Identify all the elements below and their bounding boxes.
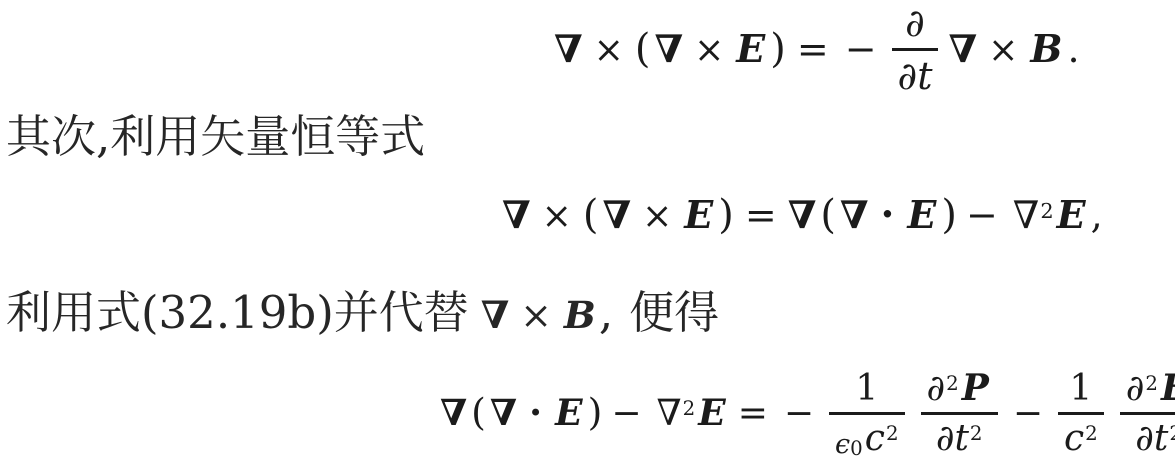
token-nab: ∇ <box>481 293 509 337</box>
fraction: 1ϵ0c2 <box>829 368 904 459</box>
token-vec: E <box>698 392 725 434</box>
token-eps: ϵ <box>835 429 850 460</box>
token-vec: E <box>1161 367 1175 409</box>
token-op: × <box>988 29 1018 71</box>
token-vec: E <box>736 26 765 71</box>
token-par: ( <box>583 192 599 238</box>
token-pd: ∂ <box>927 368 946 409</box>
document-page: ∇×(∇×E)=−∂∂t∇×B. 其次,利用矢量恒等式 ∇×(∇×E)=∇(∇·… <box>0 0 1175 465</box>
token-nab: ∇ <box>654 26 683 71</box>
token-vec: B <box>1030 26 1062 71</box>
token-nab: ∇ <box>554 26 583 71</box>
token-op: × <box>594 29 624 71</box>
token-par: ) <box>770 26 786 72</box>
fraction-denominator: ∂t2 <box>921 415 998 459</box>
fraction-denominator: ϵ0c2 <box>829 415 904 459</box>
token-dot: · <box>529 390 542 434</box>
token-rel: = <box>738 393 768 434</box>
display-equation-vector-identity: ∇×(∇×E)=∇(∇·E)−∇2E, <box>500 192 1103 238</box>
token-pd: ∂ <box>898 54 918 98</box>
token-minus: − <box>845 27 877 71</box>
fraction-numerator: 1 <box>1058 368 1104 415</box>
token-op: × <box>520 293 552 337</box>
token-vec: P <box>962 367 989 409</box>
token-num1: 1 <box>855 368 878 409</box>
fraction-numerator: 1 <box>829 368 904 415</box>
token-nab: ∇ <box>502 192 531 237</box>
token-nab: ∇ <box>788 192 817 237</box>
token-rel: = <box>797 27 829 71</box>
token-lap: ∇ <box>1013 193 1040 237</box>
fraction-numerator: ∂2E <box>1120 367 1175 415</box>
token-end: . <box>1067 27 1079 71</box>
token-par: ) <box>941 192 957 238</box>
token-vec: E <box>684 192 713 237</box>
display-equation-wave-equation-with-polarization: ∇(∇·E)−∇2E=−1ϵ0c2∂2P∂t2−1c2∂2E∂t2. <box>438 370 1175 462</box>
token-it: c <box>865 418 885 459</box>
token-minus: − <box>784 393 814 434</box>
token-par: ( <box>820 192 836 238</box>
token-num1: 1 <box>1069 368 1092 409</box>
token-minus: − <box>966 193 998 237</box>
token-pd: ∂ <box>905 1 925 45</box>
token-rel: = <box>745 193 777 237</box>
fraction: ∂2E∂t2 <box>1120 367 1175 459</box>
fraction-numerator: ∂2P <box>921 367 998 415</box>
token-sup: 2 <box>970 422 983 445</box>
fraction-denominator: ∂t <box>892 51 939 98</box>
fraction: 1c2 <box>1058 368 1104 459</box>
token-vec: B <box>564 293 596 337</box>
token-pd: ∂ <box>1126 368 1145 409</box>
token-op: × <box>542 195 572 237</box>
token-sup: 2 <box>946 372 959 395</box>
token-sub: 0 <box>850 437 863 460</box>
token-sup: 2 <box>1145 372 1158 395</box>
token-it: c <box>1064 418 1084 459</box>
fraction-denominator: ∂t2 <box>1120 415 1175 459</box>
token-cn: 利用式(32.19b)并代替 <box>6 276 469 341</box>
token-it: t <box>954 418 968 459</box>
token-cnp: , <box>599 286 613 339</box>
token-end: , <box>1091 193 1103 237</box>
token-minus: − <box>1013 393 1043 434</box>
token-par: ) <box>588 390 603 434</box>
token-sup: 2 <box>886 422 899 445</box>
token-cn: 其次,利用矢量恒等式 <box>6 100 425 165</box>
token-pd: ∂ <box>1135 418 1154 459</box>
token-par: ) <box>718 192 734 238</box>
token-vec: E <box>1057 192 1086 237</box>
display-equation-curl-curl-E: ∇×(∇×E)=−∂∂t∇×B. <box>552 4 1080 101</box>
token-nab: ∇ <box>602 192 631 237</box>
token-cn: 便得 <box>629 276 719 341</box>
token-minus: − <box>611 393 641 434</box>
token-op: × <box>694 29 724 71</box>
token-nab: ∇ <box>490 392 517 434</box>
token-vec: E <box>907 192 936 237</box>
fraction: ∂2P∂t2 <box>921 367 998 459</box>
token-it: t <box>917 54 932 98</box>
token-sup: 2 <box>683 397 696 420</box>
paragraph-vector-identity-intro: 其次,利用矢量恒等式 <box>6 100 425 165</box>
token-pd: ∂ <box>936 418 955 459</box>
token-dot: · <box>881 192 895 238</box>
fraction: ∂∂t <box>892 1 939 98</box>
token-par: ( <box>471 390 486 434</box>
fraction-numerator: ∂ <box>892 1 939 51</box>
token-nab: ∇ <box>840 192 869 237</box>
token-lap: ∇ <box>657 393 682 434</box>
token-sup: 2 <box>1040 199 1053 223</box>
token-nab: ∇ <box>440 392 467 434</box>
token-nab: ∇ <box>948 26 977 71</box>
token-par: ( <box>635 26 651 72</box>
token-op: × <box>642 195 672 237</box>
token-sup: 2 <box>1085 422 1098 445</box>
token-it: t <box>1154 418 1168 459</box>
fraction-denominator: c2 <box>1058 415 1104 459</box>
token-vec: E <box>555 392 582 434</box>
paragraph-substitute-curl-B: 利用式(32.19b)并代替∇×B,便得 <box>6 276 719 341</box>
token-sup: 2 <box>1169 422 1175 445</box>
